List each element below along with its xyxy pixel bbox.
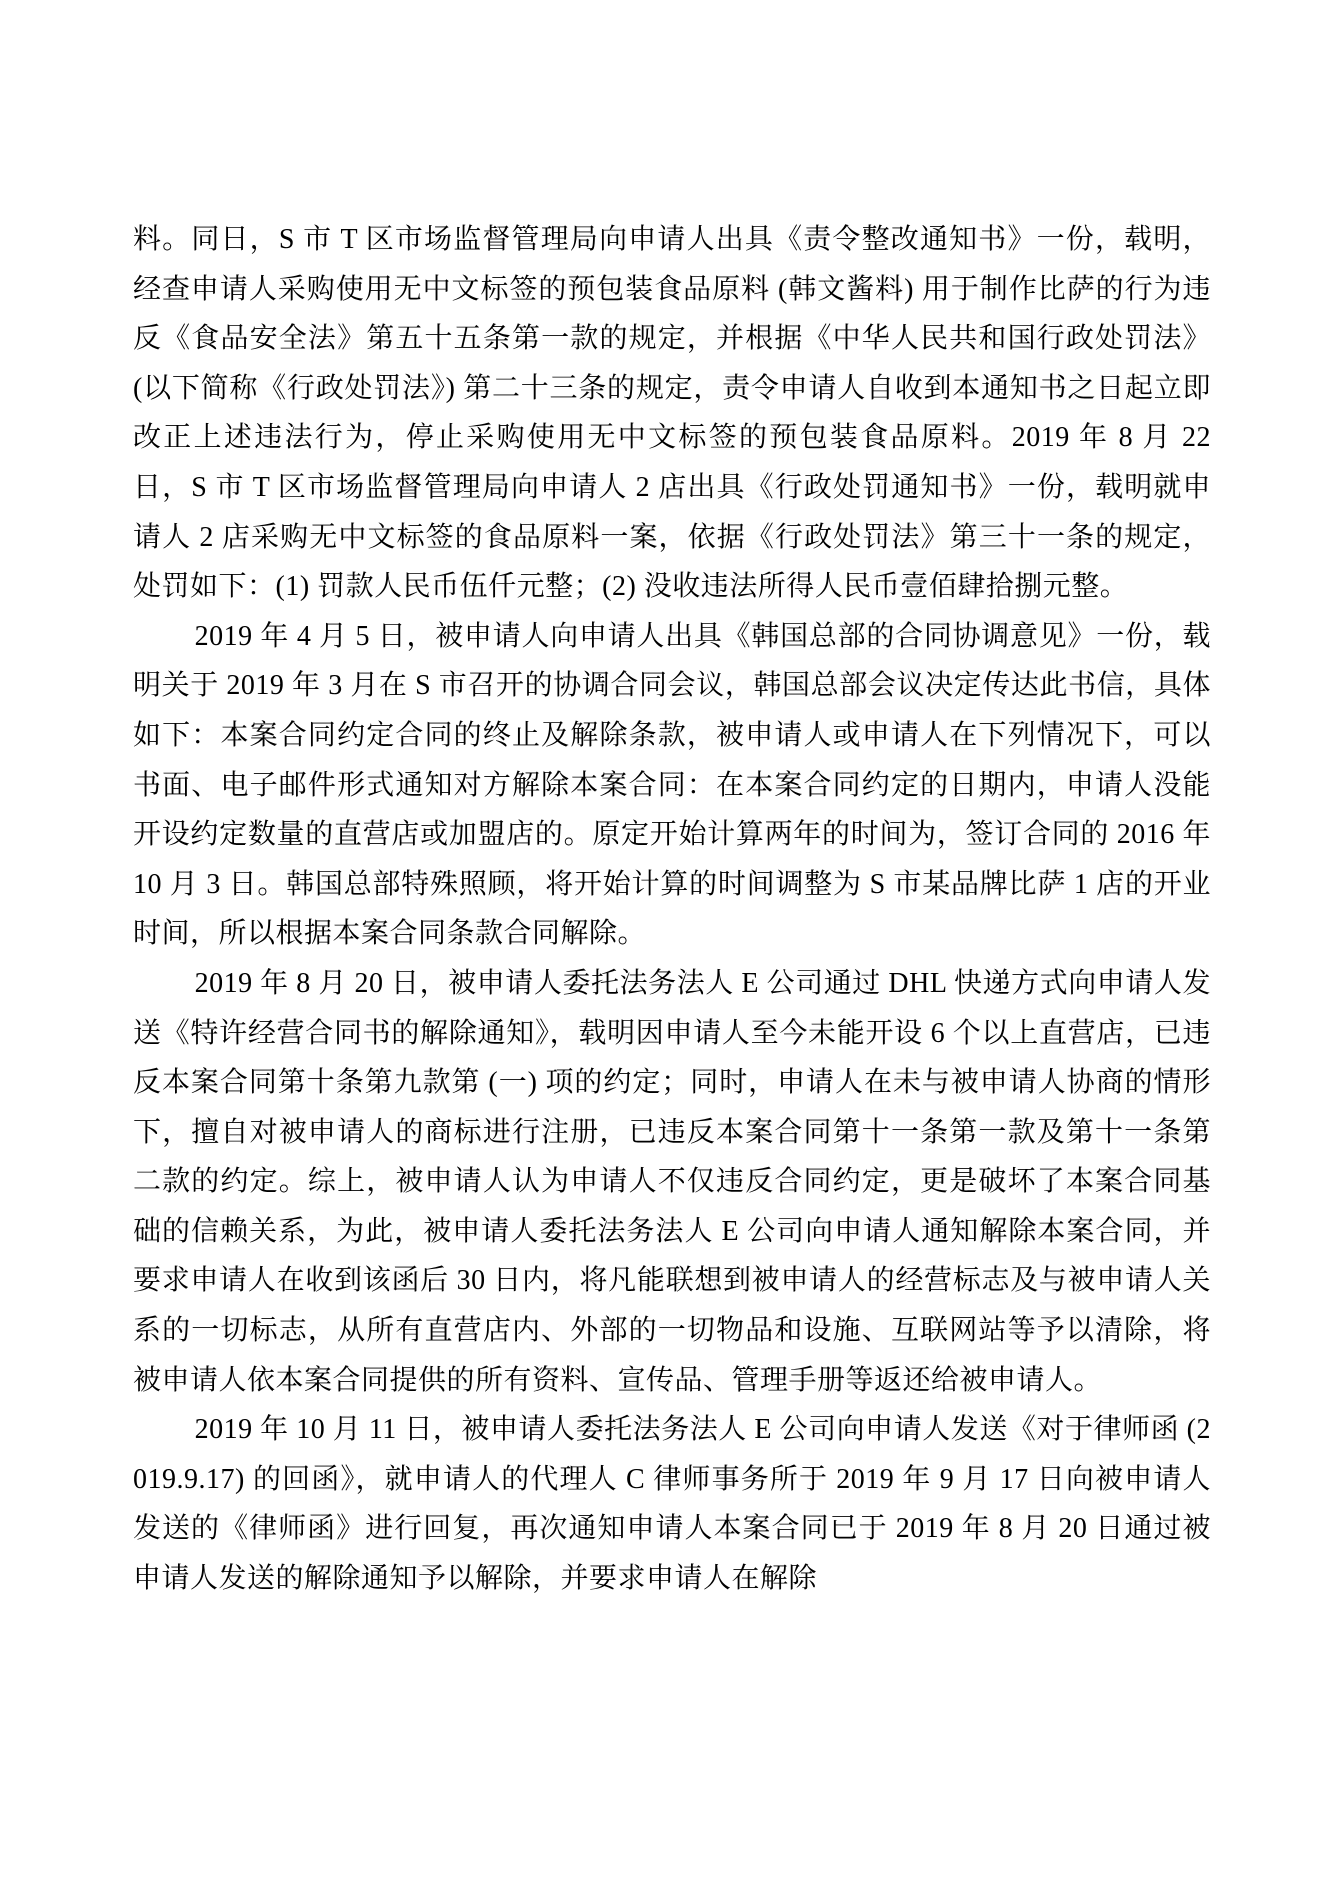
document-body: 料。同日，S 市 T 区市场监督管理局向申请人出具《责令整改通知书》一份，载明，… (133, 215, 1211, 1604)
body-paragraph: 2019 年 10 月 11 日，被申请人委托法务法人 E 公司向申请人发送《对… (133, 1405, 1211, 1603)
document-page: 料。同日，S 市 T 区市场监督管理局向申请人出具《责令整改通知书》一份，载明，… (0, 0, 1339, 1890)
body-paragraph: 2019 年 4 月 5 日，被申请人向申请人出具《韩国总部的合同协调意见》一份… (133, 612, 1211, 959)
body-paragraph: 2019 年 8 月 20 日，被申请人委托法务法人 E 公司通过 DHL 快递… (133, 959, 1211, 1405)
body-paragraph: 料。同日，S 市 T 区市场监督管理局向申请人出具《责令整改通知书》一份，载明，… (133, 215, 1211, 612)
